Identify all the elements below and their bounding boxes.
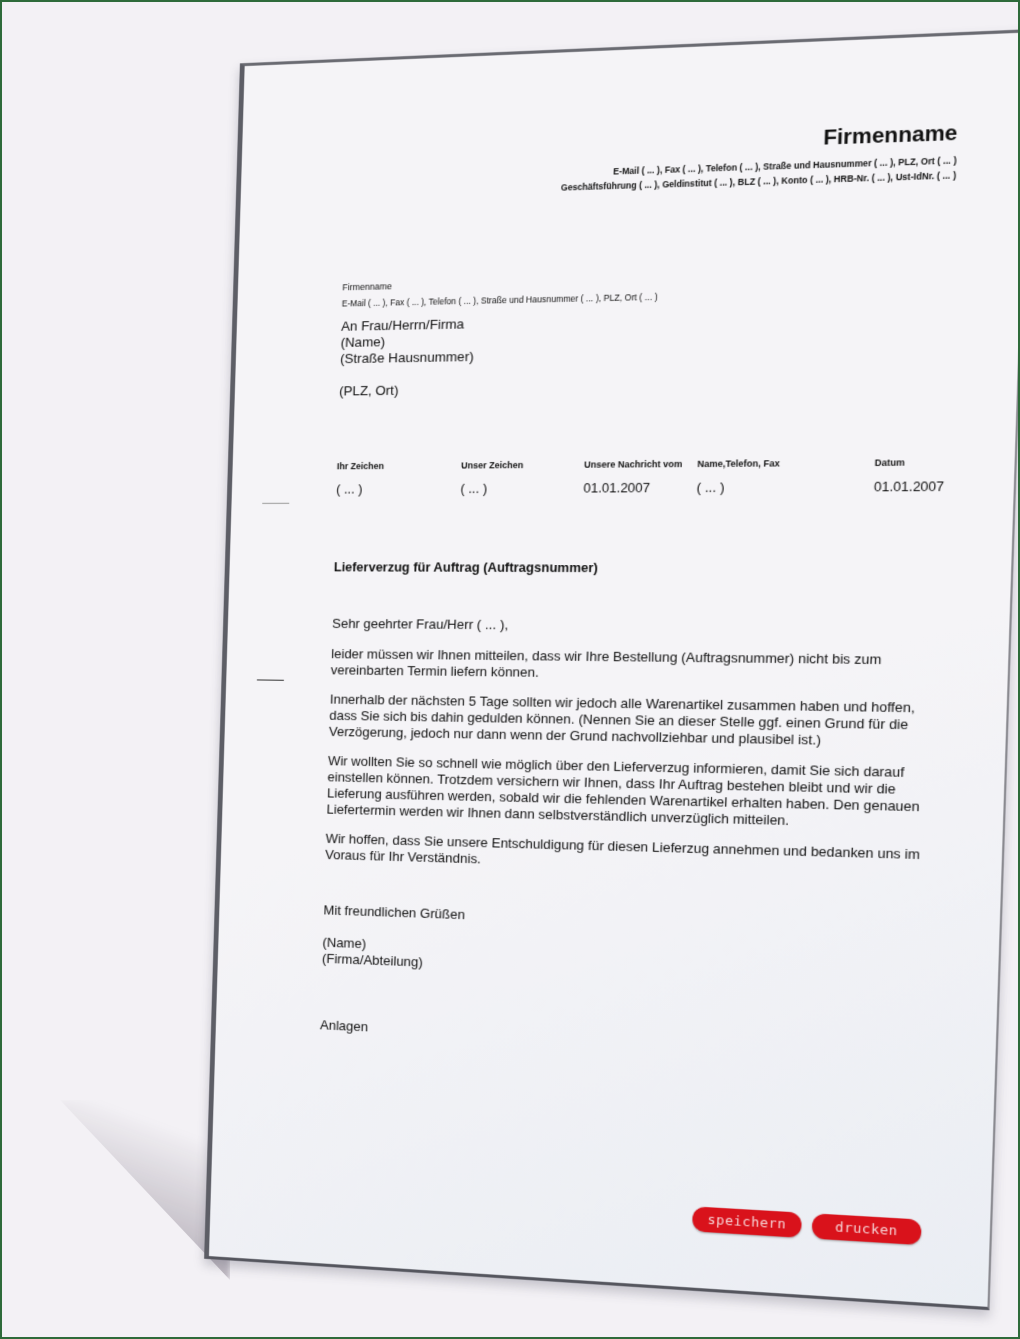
sender-name: Firmenname (342, 281, 392, 292)
recipient-street: (Straße Hausnummer) (340, 349, 474, 367)
body-paragraph: Innerhalb der nächsten 5 Tage sollten wi… (329, 691, 936, 750)
ref-contact: Name,Telefon, Fax ( ... ) (696, 458, 780, 495)
print-button[interactable]: drucken (812, 1213, 922, 1245)
body-paragraph: Wir hoffen, dass Sie unsere Entschuldigu… (325, 831, 931, 881)
ref-date: Datum 01.01.2007 (874, 457, 945, 495)
letter-salutation: Sehr geehrter Frau/Herr ( ... ), (332, 616, 939, 637)
punch-mark (257, 679, 284, 680)
letter-closing: Mit freundlichen Grüßen (Name) (Firma/Ab… (322, 902, 465, 972)
body-paragraph: Wir wollten Sie so schnell wie möglich ü… (326, 753, 934, 833)
body-paragraph: leider müssen wir Ihnen mitteilen, dass … (331, 646, 938, 686)
save-button[interactable]: speichern (692, 1206, 802, 1238)
sender-contact-line: E-Mail ( ... ), Fax ( ... ), Telefon ( .… (342, 292, 658, 309)
document-preview: Firmenname E-Mail ( ... ), Fax ( ... ), … (0, 0, 1020, 1339)
ref-our-sign: Unser Zeichen ( ... ) (460, 460, 523, 496)
recipient-address: An Frau/Herrn/Firma (Name) (Straße Hausn… (339, 316, 475, 400)
fold-mark (262, 503, 289, 504)
attachments-label: Anlagen (320, 1017, 368, 1034)
ref-your-sign: Ihr Zeichen ( ... ) (336, 461, 384, 497)
letter-subject: Lieferverzug für Auftrag (Auftragsnummer… (334, 559, 598, 575)
reference-row: Ihr Zeichen ( ... ) Unser Zeichen ( ... … (337, 457, 955, 461)
recipient-city: (PLZ, Ort) (339, 382, 473, 400)
letter-page: Firmenname E-Mail ( ... ), Fax ( ... ), … (204, 29, 1020, 1310)
recipient-salutation-line: An Frau/Herrn/Firma (341, 316, 475, 335)
letter-body: Sehr geehrter Frau/Herr ( ... ), leider … (325, 616, 939, 895)
letterhead-company-name: Firmenname (823, 121, 958, 151)
ref-our-message-date: Unsere Nachricht vom 01.01.2007 (583, 459, 682, 496)
